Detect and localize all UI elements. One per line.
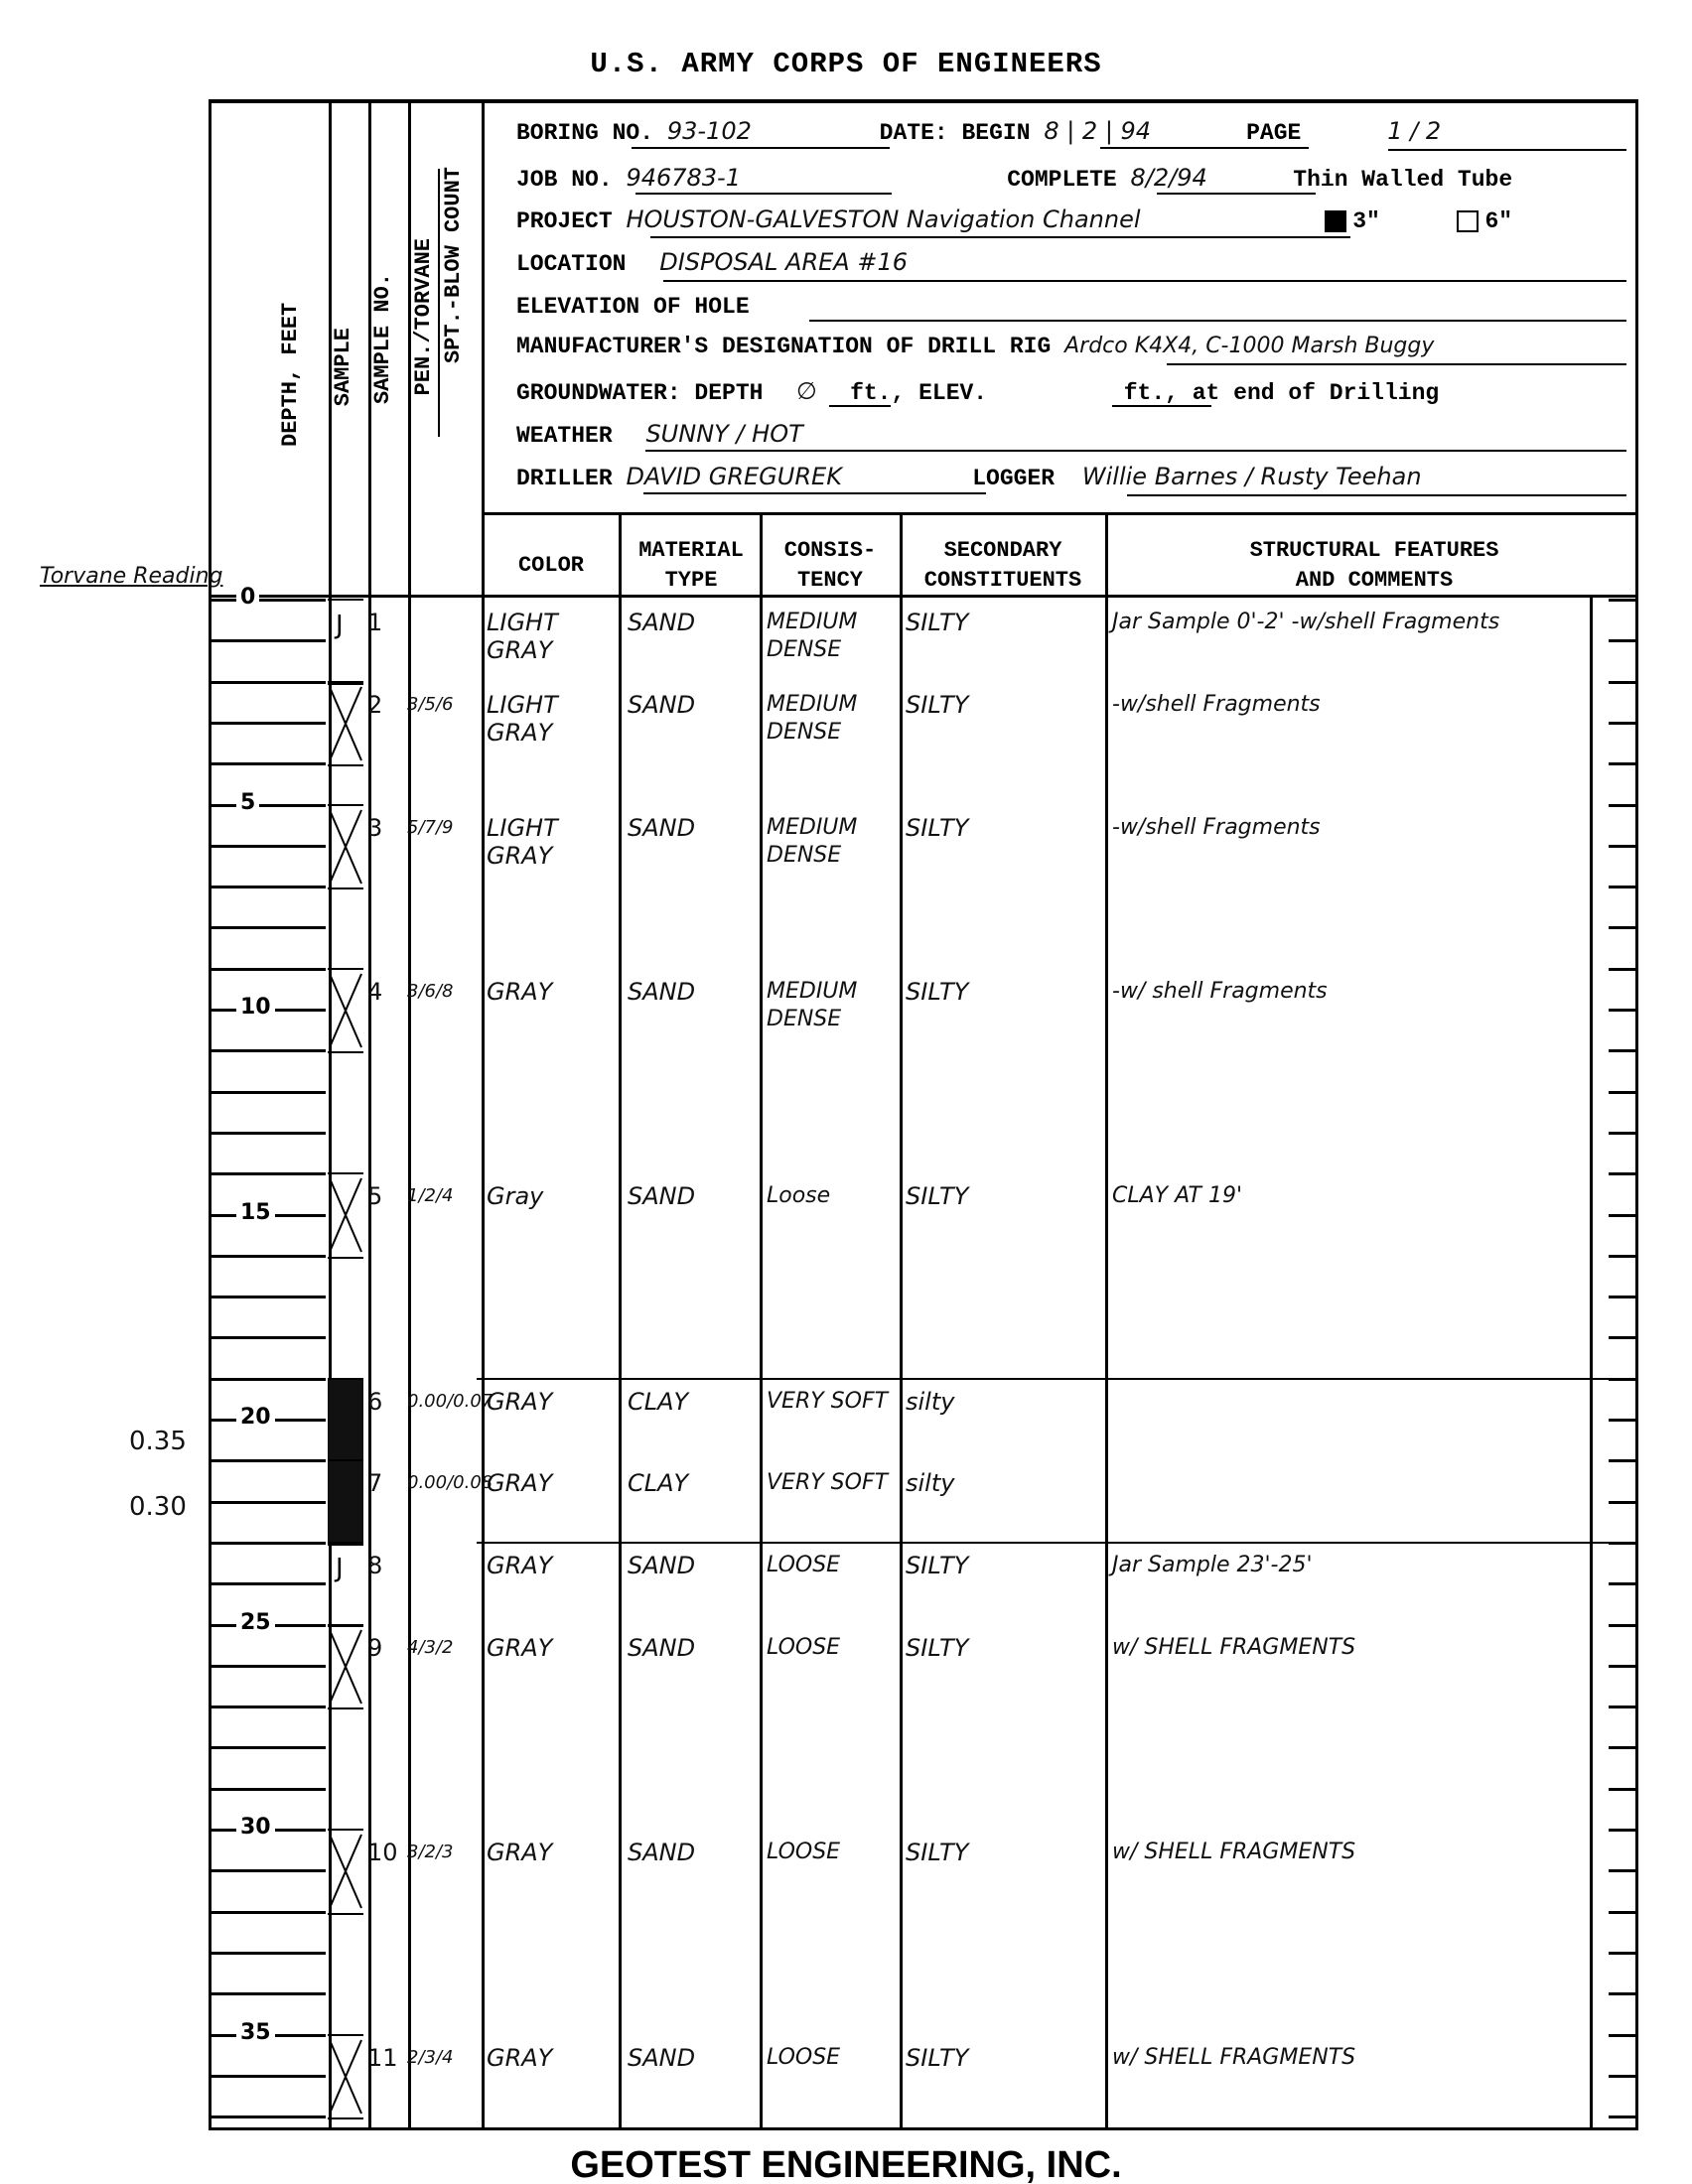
sample-row[interactable]: 23/5/6LIGHT GRAYSANDMEDIUM DENSESILTY-w/… [0, 681, 1692, 763]
job-row: JOB NO. 946783-1 COMPLETE 8/2/94 Thin Wa… [516, 164, 1512, 193]
complete-label: COMPLETE [1007, 167, 1116, 193]
cell-comments: w/ SHELL FRAGMENTS [1112, 1839, 1599, 1866]
cell-blows: 3/5/6 [407, 691, 475, 719]
depth-tick [211, 886, 326, 888]
logger-label: LOGGER [972, 466, 1055, 491]
sample-type-box [328, 681, 363, 767]
sample-type-box [328, 968, 363, 1054]
job-no-label: JOB NO. [516, 167, 613, 193]
cell-consistency: MEDIUM DENSE [767, 978, 896, 1033]
boring-no-label: BORING NO. [516, 120, 653, 146]
page-field[interactable]: 1 / 2 [1315, 117, 1513, 145]
cell-material: SAND [628, 691, 757, 719]
split-spoon-icon [328, 1831, 363, 1912]
depth-tick [211, 762, 326, 765]
cell-secondary: SILTY [906, 691, 1104, 719]
depth-tick [211, 1992, 326, 1995]
location-field[interactable]: DISPOSAL AREA #16 [639, 248, 908, 276]
cell-blows: 0.00/0.07 [407, 1388, 475, 1416]
sampler-3in-option[interactable]: 3" [1325, 208, 1380, 234]
cell-no: 11 [367, 2044, 403, 2072]
drill-rig-row: MANUFACTURER'S DESIGNATION OF DRILL RIG … [516, 334, 1434, 359]
col-divider [482, 103, 485, 2128]
sample-row[interactable]: J8GRAYSANDLOOSESILTYJar Sample 23'-25' [0, 1542, 1692, 1624]
cell-color: GRAY [487, 1388, 616, 1416]
elevation-label: ELEVATION OF HOLE [516, 294, 750, 320]
scale-tick [1609, 1992, 1636, 1995]
sample-type-box [328, 2034, 363, 2120]
cell-comments: w/ SHELL FRAGMENTS [1112, 2044, 1599, 2072]
cell-color: GRAY [487, 1839, 616, 1866]
cell-material: SAND [628, 609, 757, 636]
cell-color: GRAY [487, 1469, 616, 1497]
weather-label: WEATHER [516, 423, 613, 449]
cell-color: Gray [487, 1182, 616, 1210]
sample-type-box: J [328, 599, 363, 685]
begin-label: BEGIN [961, 120, 1030, 146]
depth-tick [211, 1296, 326, 1298]
sampler-6in-option[interactable]: 6" [1457, 208, 1512, 234]
cell-comments: -w/shell Fragments [1112, 691, 1599, 719]
checkbox-checked-icon[interactable] [1325, 210, 1346, 232]
sample-row[interactable]: 94/3/2GRAYSANDLOOSESILTYw/ SHELL FRAGMEN… [0, 1624, 1692, 1706]
location-label: LOCATION [516, 251, 626, 277]
company-footer: GEOTEST ENGINEERING, INC. [0, 2144, 1692, 2184]
depth-tick [211, 1952, 326, 1955]
cell-color: LIGHT GRAY [487, 691, 616, 747]
cell-no: 9 [367, 1634, 403, 1662]
cell-comments: -w/shell Fragments [1112, 814, 1599, 842]
split-spoon-icon [328, 2036, 363, 2117]
depth-tick [211, 2116, 326, 2118]
cell-no: 8 [367, 1552, 403, 1579]
job-no-field[interactable]: 946783-1 [626, 164, 993, 192]
project-row: PROJECT HOUSTON-GALVESTON Navigation Cha… [516, 205, 1512, 234]
scale-tick [1609, 1296, 1636, 1298]
cell-color: GRAY [487, 2044, 616, 2072]
logger-field[interactable]: Willie Barnes / Rusty Teehan [1068, 463, 1422, 490]
cell-no: 2 [367, 691, 403, 719]
depth-tick [211, 1911, 326, 1914]
col-header-structural: STRUCTURAL FEATURESAND COMMENTS [1106, 526, 1642, 606]
cell-secondary: silty [906, 1469, 1104, 1497]
cell-consistency: LOOSE [767, 1634, 896, 1662]
sample-type-box [328, 1172, 363, 1259]
layer-boundary [477, 1542, 1613, 1544]
split-spoon-icon [328, 806, 363, 887]
begin-date-field[interactable]: 8 | 2 | 94 [1044, 117, 1232, 145]
cell-secondary: silty [906, 1388, 1104, 1416]
cell-color: GRAY [487, 1634, 616, 1662]
depth-tick [211, 1336, 326, 1339]
sample-row[interactable]: 43/6/8GRAYSANDMEDIUM DENSESILTY-w/ shell… [0, 968, 1692, 1050]
sample-type-box: J [328, 1542, 363, 1628]
depth-tick [211, 1706, 326, 1708]
cell-material: CLAY [628, 1469, 757, 1497]
cell-consistency: MEDIUM DENSE [767, 609, 896, 664]
cell-blows: 1/2/4 [407, 1182, 475, 1210]
scale-tick [1609, 2116, 1636, 2118]
cell-secondary: SILTY [906, 814, 1104, 842]
cell-secondary: SILTY [906, 1634, 1104, 1662]
cell-no: 10 [367, 1839, 403, 1866]
project-field[interactable]: HOUSTON-GALVESTON Navigation Channel [626, 205, 1311, 233]
sample-row[interactable]: 51/2/4GraySANDLooseSILTYCLAY AT 19' [0, 1172, 1692, 1255]
driller-label: DRILLER [516, 466, 613, 491]
driller-row: DRILLER DAVID GREGUREK LOGGER Willie Bar… [516, 463, 1422, 491]
col-header-depth: DEPTH, FEET [278, 248, 303, 447]
groundwater-label: GROUNDWATER: DEPTH [516, 380, 763, 406]
cell-comments: Jar Sample 0'-2' -w/shell Fragments [1112, 609, 1599, 636]
groundwater-depth-field[interactable]: ∅ [776, 377, 836, 405]
scale-tick [1609, 1049, 1636, 1052]
cell-secondary: SILTY [906, 1839, 1104, 1866]
info-divider [482, 512, 1635, 515]
col-header-pen-torvane: PEN./TORVANE [411, 238, 436, 395]
cell-secondary: SILTY [906, 978, 1104, 1006]
col-divider [408, 103, 411, 2128]
depth-tick [211, 1746, 326, 1749]
cell-no: 7 [367, 1469, 403, 1497]
scale-tick [1609, 1706, 1636, 1708]
cell-color: LIGHT GRAY [487, 609, 616, 664]
sample-type-box [328, 804, 363, 890]
cell-material: SAND [628, 1552, 757, 1579]
split-spoon-icon [328, 683, 363, 764]
cell-comments: CLAY AT 19' [1112, 1182, 1599, 1210]
cell-material: SAND [628, 1839, 757, 1866]
torvane-margin-note: Torvane Reading [40, 564, 223, 589]
drill-rig-field[interactable]: Ardco K4X4, C-1000 Marsh Buggy [1064, 334, 1434, 358]
cell-blows: 5/7/9 [407, 814, 475, 842]
sample-row[interactable]: 103/2/3GRAYSANDLOOSESILTYw/ SHELL FRAGME… [0, 1829, 1692, 1911]
scale-tick [1609, 926, 1636, 929]
organization-title: U.S. ARMY CORPS OF ENGINEERS [0, 48, 1692, 80]
depth-tick [211, 1255, 326, 1258]
cell-no: 5 [367, 1182, 403, 1210]
col-header-color: COLOR [482, 526, 621, 606]
scale-tick [1609, 1336, 1636, 1339]
thin-tube-sample-icon [328, 1378, 363, 1464]
sample-type-box [328, 1829, 363, 1915]
sample-type-box [328, 1624, 363, 1710]
depth-tick [211, 1049, 326, 1052]
drill-rig-label: MANUFACTURER'S DESIGNATION OF DRILL RIG [516, 334, 1051, 359]
scale-tick [1609, 1746, 1636, 1749]
col-header-spt-blow: SPT.-BLOW COUNT [441, 167, 466, 363]
complete-date-field[interactable]: 8/2/94 [1130, 164, 1279, 192]
cell-blows: 0.00/0.08 [407, 1469, 475, 1497]
cell-material: SAND [628, 814, 757, 842]
cell-material: SAND [628, 978, 757, 1006]
col-divider [368, 103, 371, 2128]
scale-tick [1609, 1132, 1636, 1135]
date-label: DATE: [880, 120, 948, 146]
depth-tick [211, 926, 326, 929]
cell-blows: 4/3/2 [407, 1634, 475, 1662]
cell-comments: -w/ shell Fragments [1112, 978, 1599, 1006]
cell-no: 4 [367, 978, 403, 1006]
checkbox-unchecked-icon[interactable] [1457, 210, 1479, 232]
boring-row: BORING NO. 93-102 DATE: BEGIN 8 | 2 | 94… [516, 117, 1513, 146]
elevation-row: ELEVATION OF HOLE [516, 291, 750, 320]
cell-material: SAND [628, 1182, 757, 1210]
sample-row[interactable]: 112/3/4GRAYSANDLOOSESILTYw/ SHELL FRAGME… [0, 2034, 1692, 2116]
cell-no: 6 [367, 1388, 403, 1416]
scale-tick [1609, 762, 1636, 765]
sample-row[interactable]: J1LIGHT GRAYSANDMEDIUM DENSESILTYJar Sam… [0, 599, 1692, 681]
cell-no: 1 [367, 609, 403, 636]
cell-comments: w/ SHELL FRAGMENTS [1112, 1634, 1599, 1662]
layer-boundary [477, 1378, 1613, 1380]
project-label: PROJECT [516, 208, 613, 234]
cell-consistency: VERY SOFT [767, 1469, 896, 1497]
boring-no-field[interactable]: 93-102 [667, 117, 866, 145]
split-spoon-icon [328, 1626, 363, 1707]
weather-field[interactable]: SUNNY / HOT [626, 420, 802, 448]
scale-tick [1609, 1255, 1636, 1258]
cell-blows: 2/3/4 [407, 2044, 475, 2072]
cell-blows: 3/6/8 [407, 978, 475, 1006]
cell-color: GRAY [487, 978, 616, 1006]
cell-consistency: Loose [767, 1182, 896, 1210]
cell-material: CLAY [628, 1388, 757, 1416]
location-row: LOCATION DISPOSAL AREA #16 [516, 248, 908, 277]
ft-elev-label: ft., ELEV. [850, 380, 987, 406]
end-of-drilling-label: ft., at end of Drilling [1124, 380, 1439, 406]
col-header-secondary: SECONDARYCONSTITUENTS [900, 526, 1106, 606]
page-label: PAGE [1246, 120, 1301, 146]
scale-tick [1609, 1952, 1636, 1955]
scale-tick [1609, 1091, 1636, 1094]
cell-consistency: MEDIUM DENSE [767, 691, 896, 747]
cell-secondary: SILTY [906, 2044, 1104, 2072]
cell-consistency: MEDIUM DENSE [767, 814, 896, 870]
split-spoon-icon [328, 1174, 363, 1256]
cell-consistency: LOOSE [767, 2044, 896, 2072]
pen-spt-divider [438, 169, 440, 437]
depth-tick [211, 1132, 326, 1135]
cell-secondary: SILTY [906, 1182, 1104, 1210]
cell-material: SAND [628, 1634, 757, 1662]
col-header-sample-no: SAMPLE NO. [370, 273, 395, 404]
groundwater-row: GROUNDWATER: DEPTH ∅ ft., ELEV. ft., at … [516, 377, 1439, 406]
depth-tick [211, 1788, 326, 1791]
cell-material: SAND [628, 2044, 757, 2072]
col-header-sample: SAMPLE [331, 328, 355, 406]
cell-secondary: SILTY [906, 1552, 1104, 1579]
cell-color: LIGHT GRAY [487, 814, 616, 870]
sample-row[interactable]: 70.00/0.08GRAYCLAYVERY SOFTsilty [0, 1459, 1692, 1542]
driller-field[interactable]: DAVID GREGUREK [626, 463, 958, 490]
col-divider [329, 103, 332, 2128]
split-spoon-icon [328, 970, 363, 1051]
thin-tube-sample-icon [328, 1459, 363, 1546]
jar-sample-icon: J [336, 1554, 344, 1583]
depth-tick [211, 1091, 326, 1094]
cell-no: 3 [367, 814, 403, 842]
sample-row[interactable]: 35/7/9LIGHT GRAYSANDMEDIUM DENSESILTY-w/… [0, 804, 1692, 887]
scale-tick [1609, 1911, 1636, 1914]
cell-consistency: LOOSE [767, 1839, 896, 1866]
col-header-material: MATERIALTYPE [621, 526, 762, 606]
weather-row: WEATHER SUNNY / HOT [516, 420, 803, 449]
scale-tick [1609, 1788, 1636, 1791]
scale-tick [1609, 886, 1636, 888]
cell-consistency: VERY SOFT [767, 1388, 896, 1416]
cell-blows: 3/2/3 [407, 1839, 475, 1866]
col-header-consistency: CONSIS-TENCY [760, 526, 901, 606]
sample-row[interactable]: 60.00/0.07GRAYCLAYVERY SOFTsilty [0, 1378, 1692, 1460]
jar-sample-icon: J [336, 611, 344, 640]
cell-secondary: SILTY [906, 609, 1104, 636]
cell-consistency: LOOSE [767, 1552, 896, 1579]
cell-comments: Jar Sample 23'-25' [1112, 1552, 1599, 1579]
sampler-label: Thin Walled Tube [1293, 167, 1512, 193]
cell-color: GRAY [487, 1552, 616, 1579]
